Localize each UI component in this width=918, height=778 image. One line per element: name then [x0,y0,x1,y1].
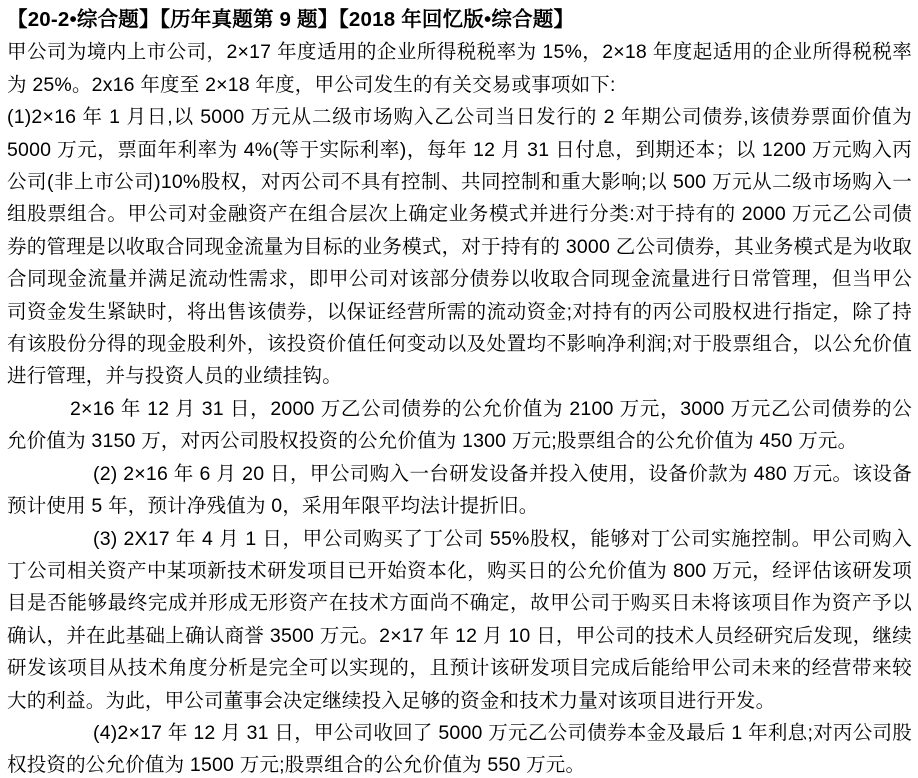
question-title: 【20-2•综合题】【历年真题第 9 题】【2018 年回忆版•综合题】 [7,4,912,36]
exam-question-document: 【20-2•综合题】【历年真题第 9 题】【2018 年回忆版•综合题】 甲公司… [0,0,918,778]
paragraph-item-1: (1)2×16 年 1 月日,以 5000 万元从二级市场购入乙公司当日发行的 … [7,101,912,393]
paragraph-item-2: (2) 2×16 年 6 月 20 日，甲公司购入一台研发设备并投入使用，设备价… [7,458,912,523]
paragraph-item-4: (4)2×17 年 12 月 31 日，甲公司收回了 5000 万元乙公司债券本… [7,717,912,778]
paragraph-fair-value-2x16: 2×16 年 12 月 31 日，2000 万乙公司债券的公允价值为 2100 … [7,393,912,458]
paragraph-item-3: (3) 2X17 年 4 月 1 日，甲公司购买了丁公司 55%股权，能够对丁公… [7,523,912,717]
paragraph-intro: 甲公司为境内上市公司，2×17 年度适用的企业所得税税率为 15%，2×18 年… [7,36,912,101]
